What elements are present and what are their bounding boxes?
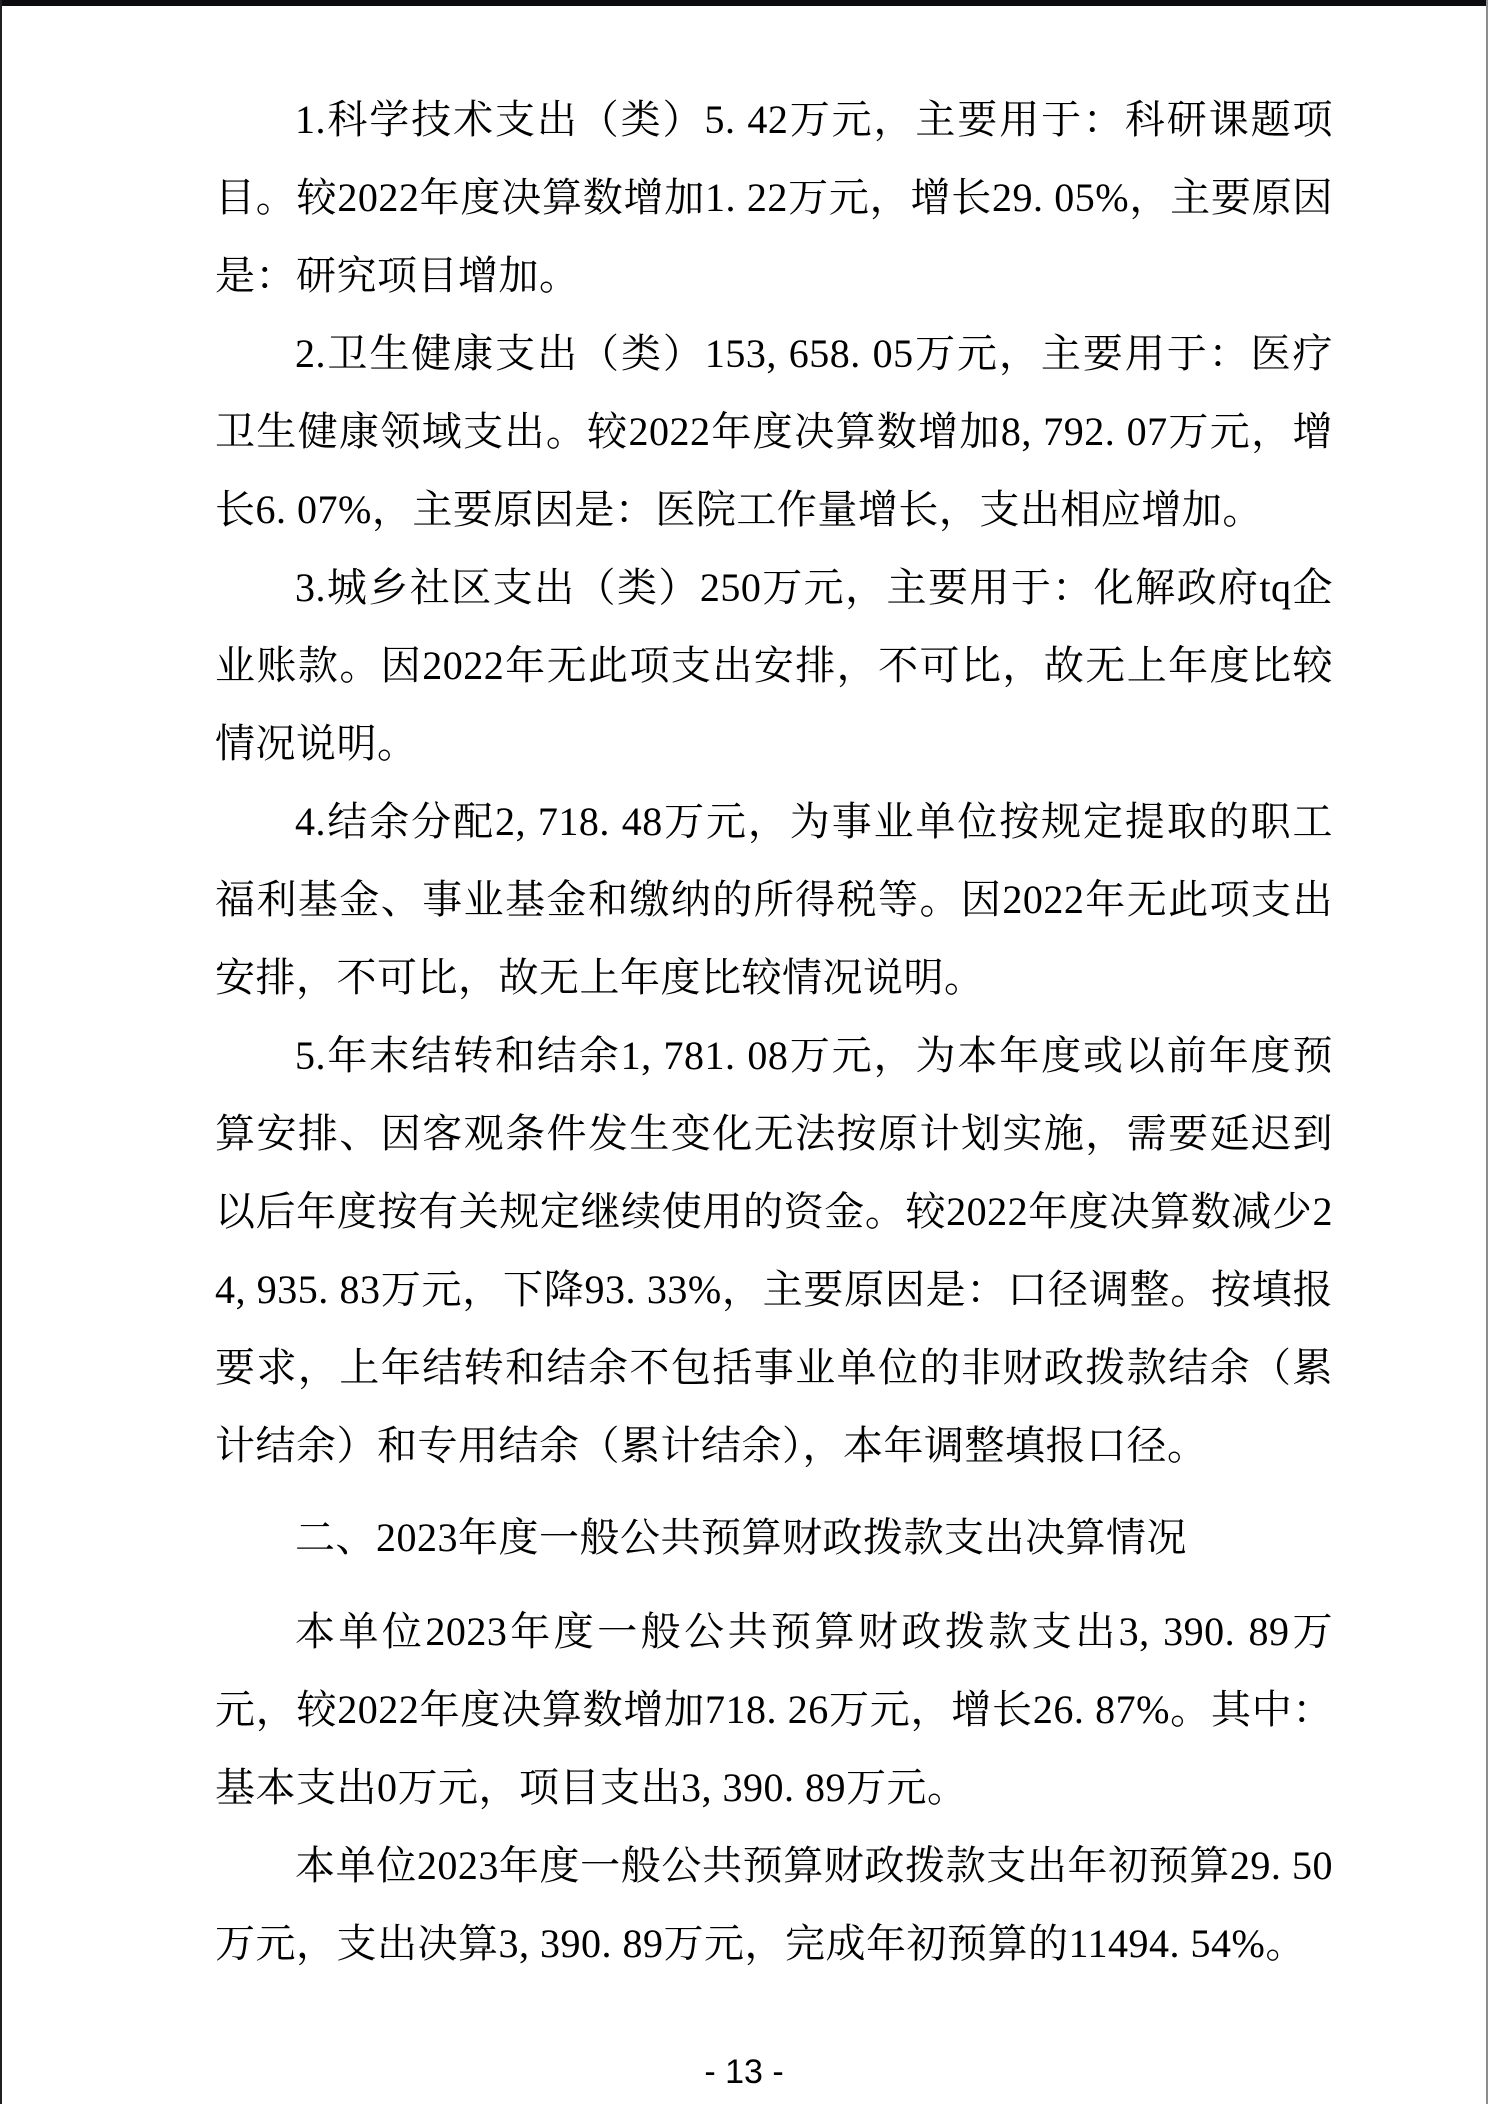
page-number: - 13 -: [0, 2052, 1488, 2092]
paragraph-initial-budget-completion: 本单位2023年度一般公共预算财政拨款支出年初预算29. 50万元，支出决算3,…: [215, 1827, 1333, 1983]
paragraph-surplus-distribution: 4.结余分配2, 718. 48万元，为事业单位按规定提取的职工福利基金、事业基…: [215, 783, 1333, 1017]
paragraph-health-expenditure: 2.卫生健康支出（类）153, 658. 05万元，主要用于：医疗卫生健康领域支…: [215, 315, 1333, 549]
paragraph-budget-expenditure-summary: 本单位2023年度一般公共预算财政拨款支出3, 390. 89万元，较2022年…: [215, 1593, 1333, 1827]
page-top-border: [0, 0, 1488, 6]
page-left-border: [0, 0, 2, 2104]
section-heading-general-public-budget: 二、2023年度一般公共预算财政拨款支出决算情况: [215, 1499, 1333, 1577]
paragraph-science-tech-expenditure: 1.科学技术支出（类）5. 42万元，主要用于：科研课题项目。较2022年度决算…: [215, 81, 1333, 315]
document-page: 1.科学技术支出（类）5. 42万元，主要用于：科研课题项目。较2022年度决算…: [0, 0, 1488, 2104]
document-body: 1.科学技术支出（类）5. 42万元，主要用于：科研课题项目。较2022年度决算…: [215, 81, 1333, 1983]
paragraph-year-end-carryover: 5.年末结转和结余1, 781. 08万元，为本年度或以前年度预算安排、因客观条…: [215, 1017, 1333, 1485]
paragraph-urban-rural-community-expenditure: 3.城乡社区支出（类）250万元，主要用于：化解政府tq企业账款。因2022年无…: [215, 549, 1333, 783]
